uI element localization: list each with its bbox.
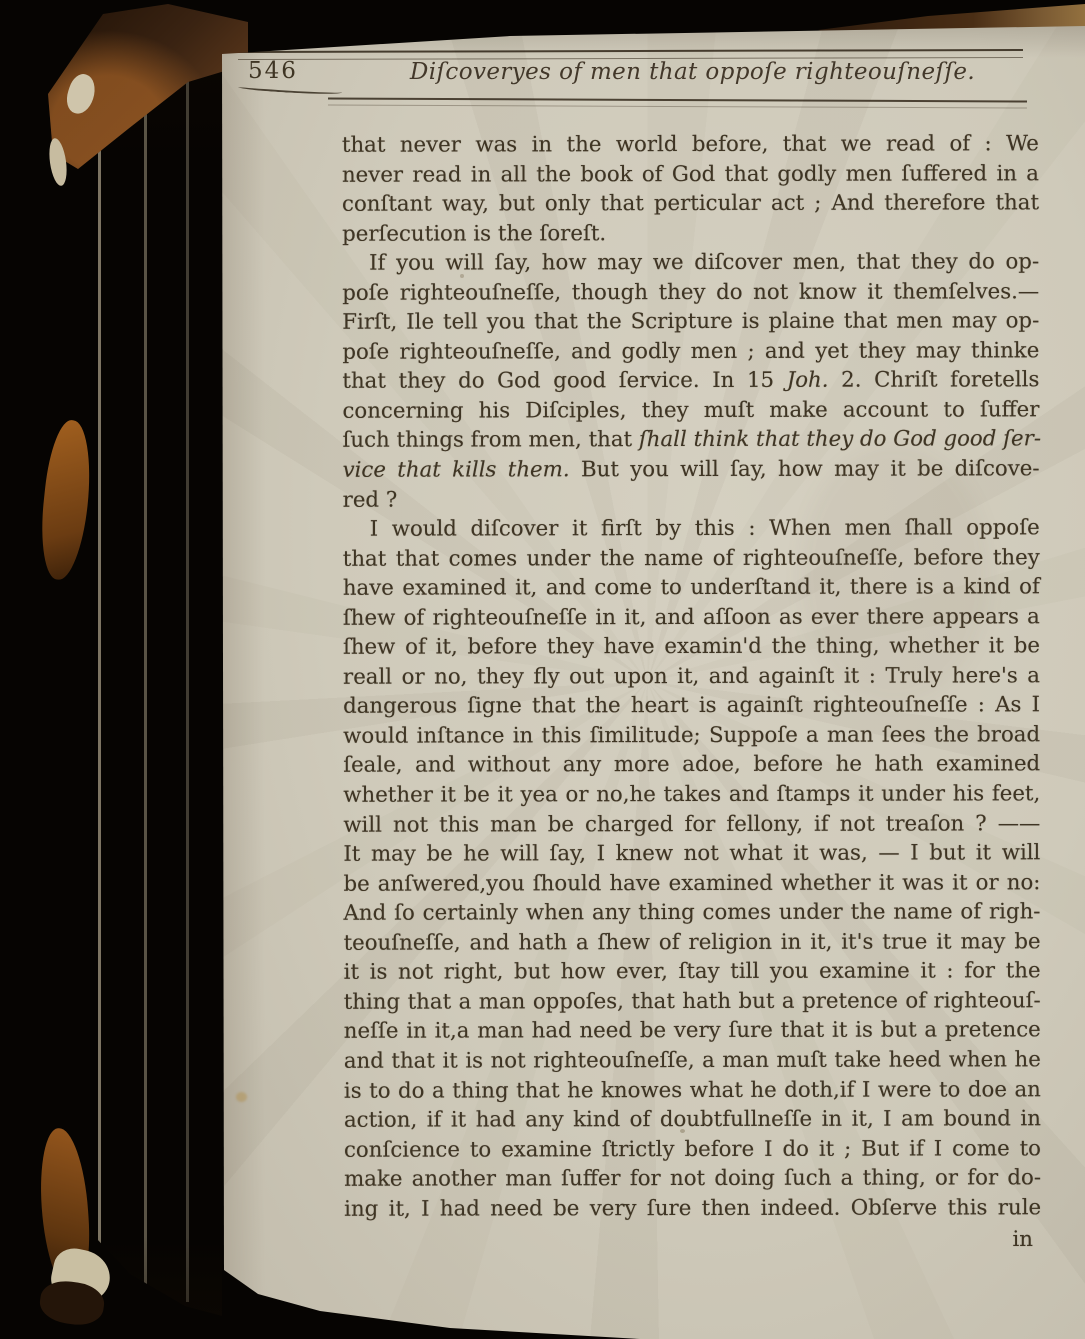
book-fore-edge-pages — [60, 26, 222, 1326]
stain — [236, 1092, 247, 1102]
paper-speckle — [460, 274, 464, 278]
text-line: Firſt, Ile tell you that the Scripture i… — [342, 307, 1039, 338]
stain — [295, 1316, 361, 1328]
running-header: Diſcoveryes of men that oppoſe righteouſ… — [360, 59, 1025, 85]
text-line: that never was in the world before, that… — [342, 129, 1039, 160]
text-line: never read in all the book of God that g… — [342, 159, 1039, 190]
page-edge-streak — [98, 46, 101, 1276]
text-line: it is not right, but how ever, ſtay till… — [344, 957, 1041, 988]
text-line: be anſwered,you ſhould have examined whe… — [343, 868, 1040, 899]
page-number: 546 — [248, 58, 298, 84]
text-line: would inſtance in this ſimilitude; Suppo… — [343, 720, 1040, 751]
text-line: dangerous ſigne that the heart is againſ… — [343, 691, 1040, 722]
text-line: and that it is not righteouſneſſe, a man… — [344, 1045, 1041, 1076]
stain — [800, 444, 990, 704]
text-line: poſe righteouſneſſe, and godly men ; and… — [342, 336, 1039, 367]
text-line: will not this man be charged for fellony… — [343, 809, 1040, 840]
text-line: action, if it had any kind of doubtfulln… — [344, 1104, 1041, 1135]
book-photograph: 546 Diſcoveryes of men that oppoſe right… — [0, 0, 1085, 1339]
text-line: neſſe in it,a man had need be very ſure … — [344, 1016, 1041, 1047]
text-line: thing that a man oppoſes, that hath but … — [344, 986, 1041, 1017]
page-number-underline — [238, 83, 342, 96]
text-line: concerning his Diſciples, they muſt make… — [342, 395, 1039, 426]
text-line: ſuch things from men, that ſhall think t… — [342, 425, 1039, 456]
text-line: that they do God good ſervice. In 15 Joh… — [342, 366, 1039, 397]
text-line: make another man ſuffer for not doing ſu… — [344, 1163, 1041, 1194]
page-edge-streak — [144, 36, 147, 1291]
text-line: conſcience to examine ſtrictly before I … — [344, 1134, 1041, 1165]
text-line: is to do a thing that he knowes what he … — [344, 1075, 1041, 1106]
book-page: 546 Diſcoveryes of men that oppoſe right… — [210, 24, 1085, 1339]
catchword: in — [343, 1227, 1033, 1252]
text-line: perſecution is the ſoreſt. — [342, 218, 1039, 249]
text-line: If you will ſay, how may we diſcover men… — [342, 247, 1039, 278]
text-line: It may be he will ſay, I knew not what i… — [343, 838, 1040, 869]
text-line: poſe righteouſneſſe, though they do not … — [342, 277, 1039, 308]
text-line: teouſneſſe, and hath a ſhew of religion … — [344, 927, 1041, 958]
paper-speckle — [680, 1129, 685, 1133]
text-line: whether it be it yea or no,he takes and … — [343, 779, 1040, 810]
header-rule-bottom — [328, 97, 1027, 108]
page-edge-streak — [186, 32, 189, 1302]
text-line: And ſo certainly when any thing comes un… — [343, 897, 1040, 928]
text-line: ſeale, and without any more adoe, before… — [343, 750, 1040, 781]
text-line: ing it, I had need be very ſure then ind… — [344, 1193, 1041, 1224]
text-line: conſtant way, but only that perticular a… — [342, 188, 1039, 219]
